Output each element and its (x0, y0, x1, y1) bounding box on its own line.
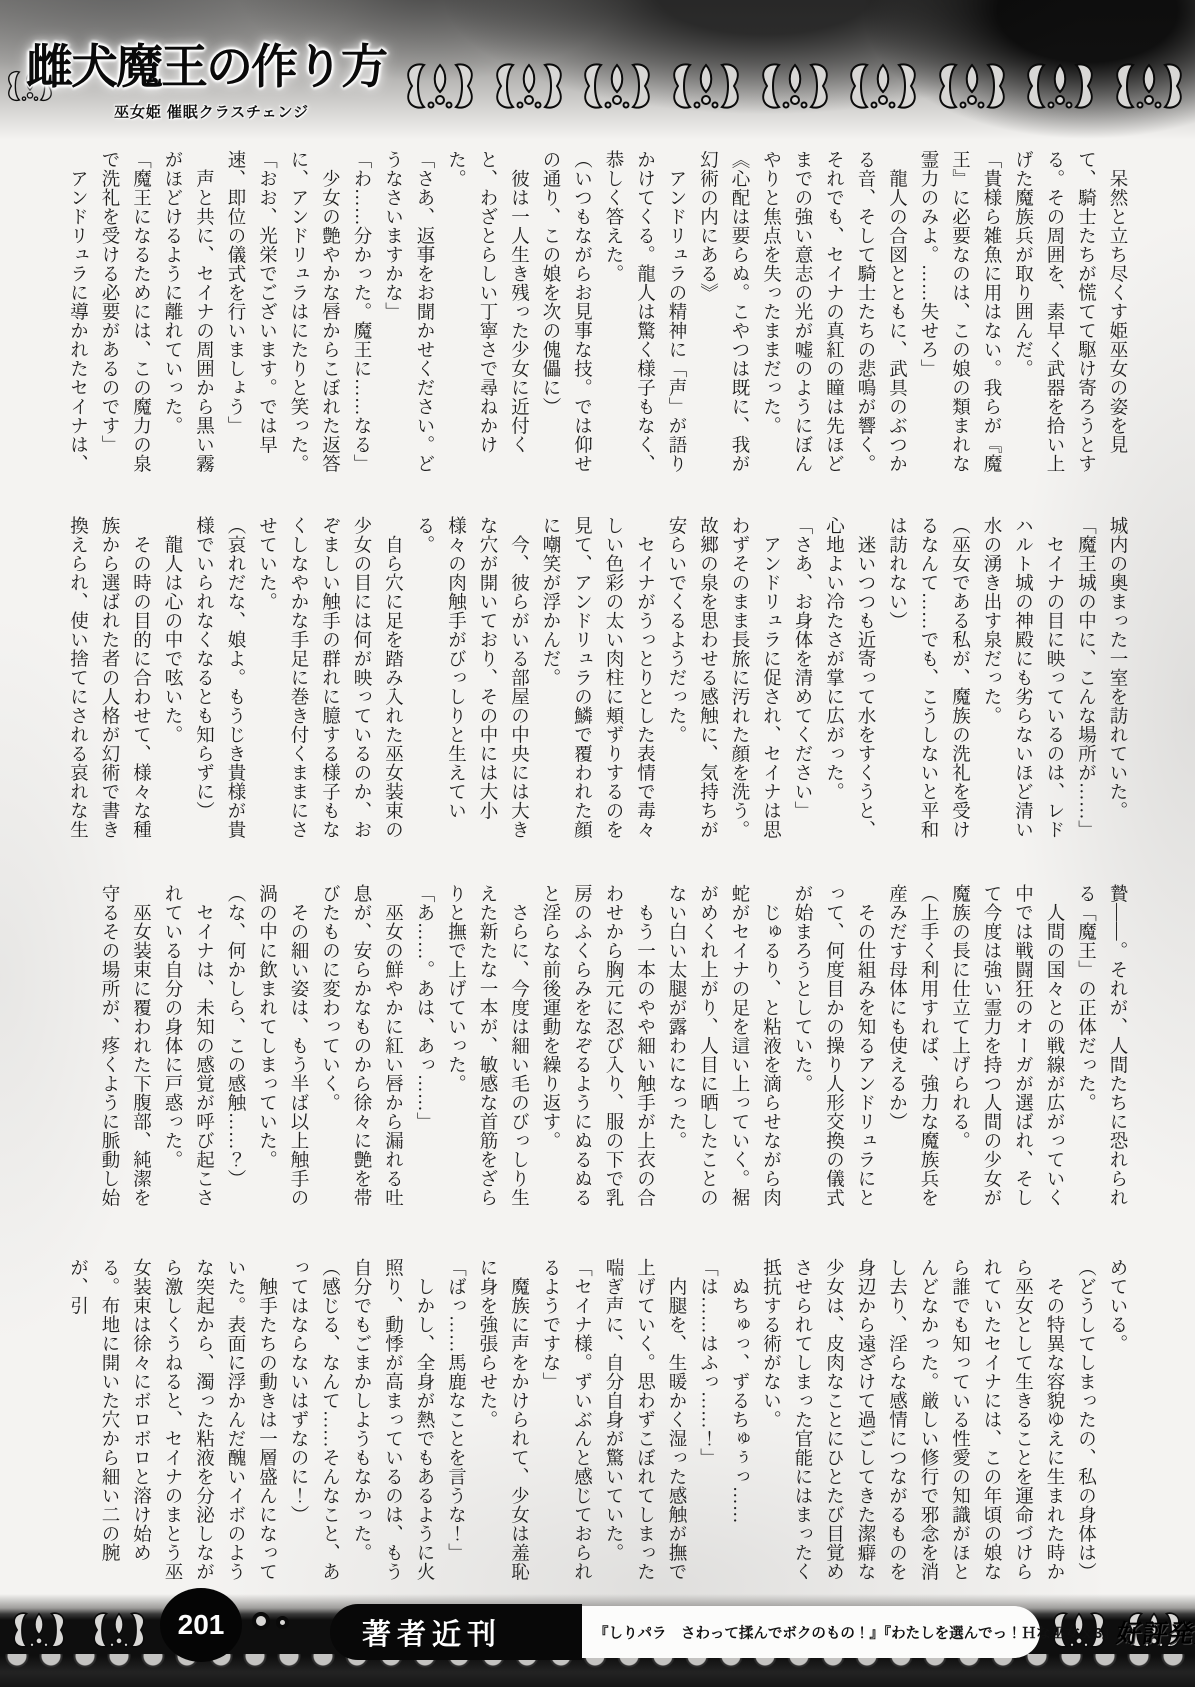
text-paragraph: 「魔王城の中に、こんな場所が……」 (1069, 516, 1101, 854)
text-paragraph: 「貴様ら雑魚に用はない。我らが『魔王』に必要なのは、この娘の類まれな霊力のみよ。… (912, 150, 1007, 488)
text-paragraph: 「ばっ……馬鹿なことを言うな！」 (439, 1258, 471, 1596)
ornament-border-bottom-left (4, 1608, 154, 1652)
ornament-icon (930, 59, 1014, 113)
page-number: 201 (178, 1609, 225, 1641)
text-paragraph: セイナの目に映っているのは、レドハルト城の神殿にも劣らないほど清い水の湧き出す泉… (975, 516, 1070, 854)
text-paragraph: 魔族に声をかけられて、少女は羞恥に身を強張らせた。 (471, 1258, 534, 1596)
text-paragraph: その仕組みを知るアンドリュラにとって、何度目かの操り人形交換の儀式が始まろうとし… (786, 884, 881, 1222)
text-paragraph: 彼は一人生き残った少女に近付くと、わざとらしい丁寧さで尋ねかけた。 (439, 150, 534, 488)
author-upcoming-text: 著者近刊 (362, 1612, 502, 1653)
text-paragraph: 「さあ、返事をお聞かせください。どうなさいますかな」 (376, 150, 439, 488)
text-paragraph: アンドリュラに促され、セイナは思わずそのまま長旅に汚れた顔を洗う。故郷の泉を思わ… (660, 516, 786, 854)
text-paragraph: 迷いつつも近寄って水をすくうと、心地よい冷たさが掌に広がった。 (817, 516, 880, 854)
text-paragraph: 「あ……。あは、あっ……」 (408, 884, 440, 1222)
text-paragraph: その時の目的に合わせて、様々な種族から選ばれた者の人格が幻術で書き換えられ、使い… (70, 516, 156, 854)
text-paragraph: （巫女である私が、魔族の洗礼を受けるなんて……でも、こうしないと平和は訪れない） (880, 516, 975, 854)
on-sale-status: 好評発売中！ (1114, 1614, 1195, 1650)
ornament-icon (1107, 59, 1191, 113)
text-paragraph: セイナがうっとりとした表情で毒々しい色彩の太い肉柱に頬ずりするのを見て、アンドリ… (534, 516, 660, 854)
ornament-icon (575, 59, 659, 113)
ornament-icon (1018, 59, 1102, 113)
books-ad-box: 『しりパラ さわって揉んでボクのもの！』『わたしを選んでっ！Ｈな巫女ｘ3』 好評… (582, 1606, 1040, 1658)
double-circle-icon (276, 1616, 289, 1629)
text-paragraph: 龍人の合図とともに、武具のぶつかる音、そして騎士たちの悲鳴が響く。それでも、セイ… (754, 150, 912, 488)
text-paragraph: 「おお、光栄でございます。では早速、即位の儀式を行いましょう」 (219, 150, 282, 488)
text-paragraph: じゅるり、と粘液を滴らせながら肉蛇がセイナの足を這い上っていく。裾がめくれ上がり… (660, 884, 786, 1222)
text-paragraph: 内腿を、生暖かく湿った感触が撫で上げていく。思わずこぼれてしまった喘ぎ声に、自分… (597, 1258, 692, 1596)
text-paragraph: その細い姿は、もう半ば以上触手の渦の中に飲まれてしまっていた。 (250, 884, 313, 1222)
text-band-2: 城内の奥まった一室を訪れていた。「魔王城の中に、こんな場所が……」 セイナの目に… (70, 516, 1132, 854)
text-paragraph: 少女の艶やかな唇からこぼれた返答に、アンドリュラはにたりと笑った。 (282, 150, 345, 488)
text-paragraph: アンドリュラに導かれたセイナは、 (70, 150, 93, 488)
text-paragraph: 「わ……分かった。魔王に……なる」 (345, 150, 377, 488)
text-paragraph: ぬちゅっ、ずるちゅぅっ…… (723, 1258, 755, 1596)
ornament-icon (753, 59, 837, 113)
text-band-4: めている。（どうしてしまったの、私の身体は） その特異な容貌ゆえに生まれた時から… (70, 1258, 1132, 1596)
ornament-border-top (398, 58, 1191, 114)
text-paragraph: 人間の国々との戦線が広がっていく中では戦闘狂のオーガが選ばれ、そして今度は強い霊… (943, 884, 1069, 1222)
ornament-icon (84, 1609, 154, 1651)
page-number-badge: 201 (160, 1588, 242, 1662)
text-paragraph: もう一本のやや細い触手が上衣の合わせから胸元に忍び入り、服の下で乳房のふくらみを… (534, 884, 660, 1222)
novel-page: 雌犬魔王の作り方 巫女姫 催眠クラスチェンジ 呆然と立ち尽くす姫巫女の姿を見て、… (0, 0, 1195, 1687)
text-paragraph: （哀れだな、娘よ。もうじき貴様が貴様でいられなくなるとも知らずに） (187, 516, 250, 854)
page-subtitle: 巫女姫 催眠クラスチェンジ (114, 101, 406, 122)
text-paragraph: 「セイナ様。ずいぶんと感じておられるようですな」 (534, 1258, 597, 1596)
text-paragraph: 贄――。それが、人間たちに恐れられる「魔王」の正体だった。 (1069, 884, 1132, 1222)
text-band-1: 呆然と立ち尽くす姫巫女の姿を見て、騎士たちが慌てて駆け寄ろうとする。その周囲を、… (70, 150, 1132, 488)
text-paragraph: 「魔王になるためには、この魔力の泉で洗礼を受ける必要があるのです」 (93, 150, 156, 488)
text-paragraph: 触手たちの動きは一層盛んになっていた。表面に浮かんだ醜いイボのような突起から、濁… (70, 1258, 282, 1596)
text-paragraph: 城内の奥まった一室を訪れていた。 (1101, 516, 1133, 854)
text-paragraph: 巫女装束に覆われた下腹部、純潔を守るその場所が、疼くように脈動し始 (93, 884, 156, 1222)
text-band-3: 贄――。それが、人間たちに恐れられる「魔王」の正体だった。 人間の国々との戦線が… (70, 884, 1132, 1222)
text-paragraph: 龍人は心の中で呟いた。 (156, 516, 188, 854)
text-paragraph: 自ら穴に足を踏み入れた巫女装束の少女の目には何が映っているのか、おぞましい触手の… (250, 516, 408, 854)
ornament-icon (4, 1609, 74, 1651)
page-title: 雌犬魔王の作り方 (26, 30, 406, 97)
author-upcoming-label: 著者近刊 (330, 1604, 582, 1660)
text-paragraph: その特異な容貌ゆえに生まれた時から巫女として生きることを運命づけられていたセイナ… (754, 1258, 1069, 1596)
text-paragraph: さらに、今度は細い毛のびっしり生えた新たな一本が、敏感な首筋をざらりと撫で上げて… (439, 884, 534, 1222)
text-paragraph: セイナは、未知の感覚が呼び起こされている自分の身体に戸惑った。 (156, 884, 219, 1222)
text-paragraph: （いつもながらお見事な技。では仰せの通り、この娘を次の傀儡に） (534, 150, 597, 488)
text-paragraph: （な、何かしら、この感触……？） (219, 884, 251, 1222)
text-paragraph: （上手く利用すれば、強力な魔族兵を産みだす母体にも使えるか） (880, 884, 943, 1222)
title-block: 雌犬魔王の作り方 巫女姫 催眠クラスチェンジ (26, 30, 406, 122)
text-paragraph: 「さあ、お身体を清めてください」 (786, 516, 818, 854)
text-paragraph: 今、彼らがいる部屋の中央には大きな穴が開いており、その中には大小様々の肉触手がび… (408, 516, 534, 854)
text-paragraph: 「は……はふっ……！」 (691, 1258, 723, 1596)
text-paragraph: アンドリュラの精神に「声」が語りかけてくる。龍人は驚く様子もなく、恭しく答えた。 (597, 150, 692, 488)
ornament-icon (487, 59, 571, 113)
text-paragraph: しかし、全身が熱でもあるように火照り、動悸が高まっているのは、もう自分でもごまか… (345, 1258, 440, 1596)
double-circle-icon (252, 1612, 270, 1630)
ornament-icon (664, 59, 748, 113)
text-paragraph: （感じる、なんて……そんなこと、あってはならないはずなのに！） (282, 1258, 345, 1596)
ornament-icon (398, 59, 482, 113)
text-paragraph: 巫女の鮮やかに紅い唇から漏れる吐息が、安らかなものから徐々に艶を帯びたものに変わ… (313, 884, 408, 1222)
ornament-icon (841, 59, 925, 113)
text-paragraph: 声と共に、セイナの周囲から黒い霧がほどけるように離れていった。 (156, 150, 219, 488)
text-paragraph: 《心配は要らぬ。こやつは既に、我が幻術の内にある》 (691, 150, 754, 488)
book-titles: 『しりパラ さわって揉んでボクのもの！』『わたしを選んでっ！Ｈな巫女ｘ3』 (594, 1622, 1117, 1643)
text-paragraph: （どうしてしまったの、私の身体は） (1069, 1258, 1101, 1596)
text-paragraph: めている。 (1101, 1258, 1133, 1596)
text-paragraph: 呆然と立ち尽くす姫巫女の姿を見て、騎士たちが慌てて駆け寄ろうとする。その周囲を、… (1006, 150, 1132, 488)
